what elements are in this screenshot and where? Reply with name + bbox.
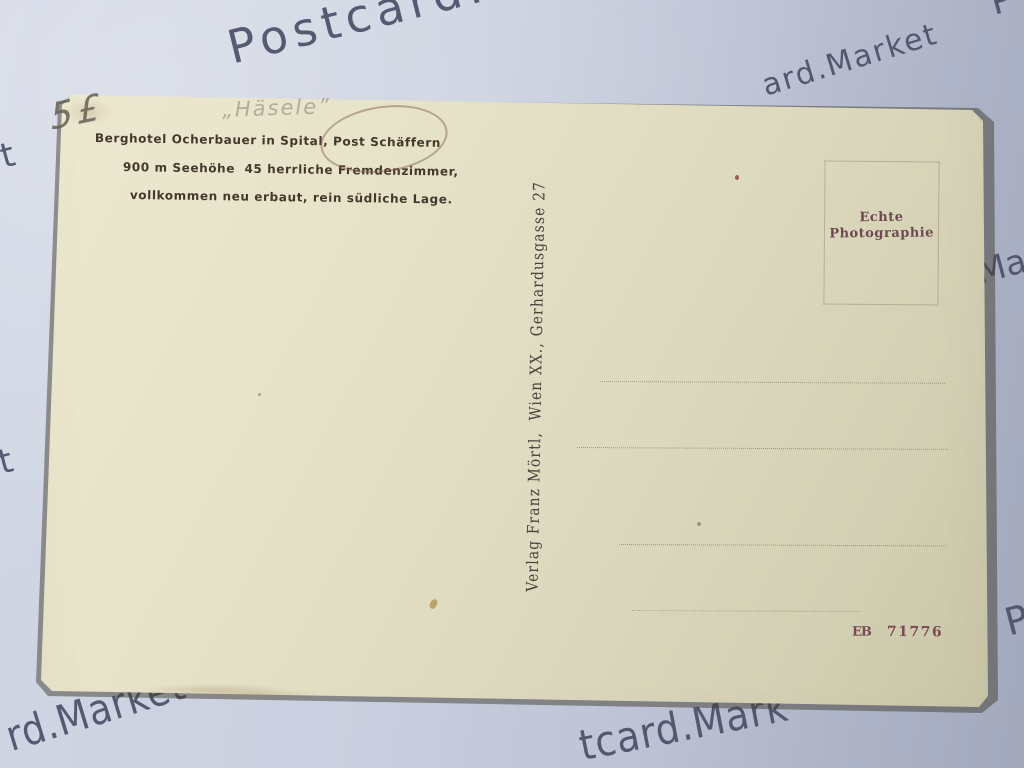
stamp-box: Echte Photographie — [823, 161, 939, 306]
red-speck — [735, 175, 739, 180]
stamp-box-line2: Photographie — [825, 226, 938, 243]
stamp-box-text: Echte Photographie — [825, 210, 938, 243]
small-speck — [258, 393, 261, 396]
edge-smudge — [200, 690, 320, 698]
serial-number-row: EB 71776 — [852, 624, 943, 641]
stamp-box-line1: Echte — [825, 210, 938, 227]
publisher-mark: EB — [852, 625, 871, 640]
postcard-back — [0, 0, 1024, 768]
pencil-name-note: „Häsele” — [222, 94, 332, 122]
serial-number: 71776 — [887, 624, 943, 640]
small-speck — [697, 522, 701, 526]
